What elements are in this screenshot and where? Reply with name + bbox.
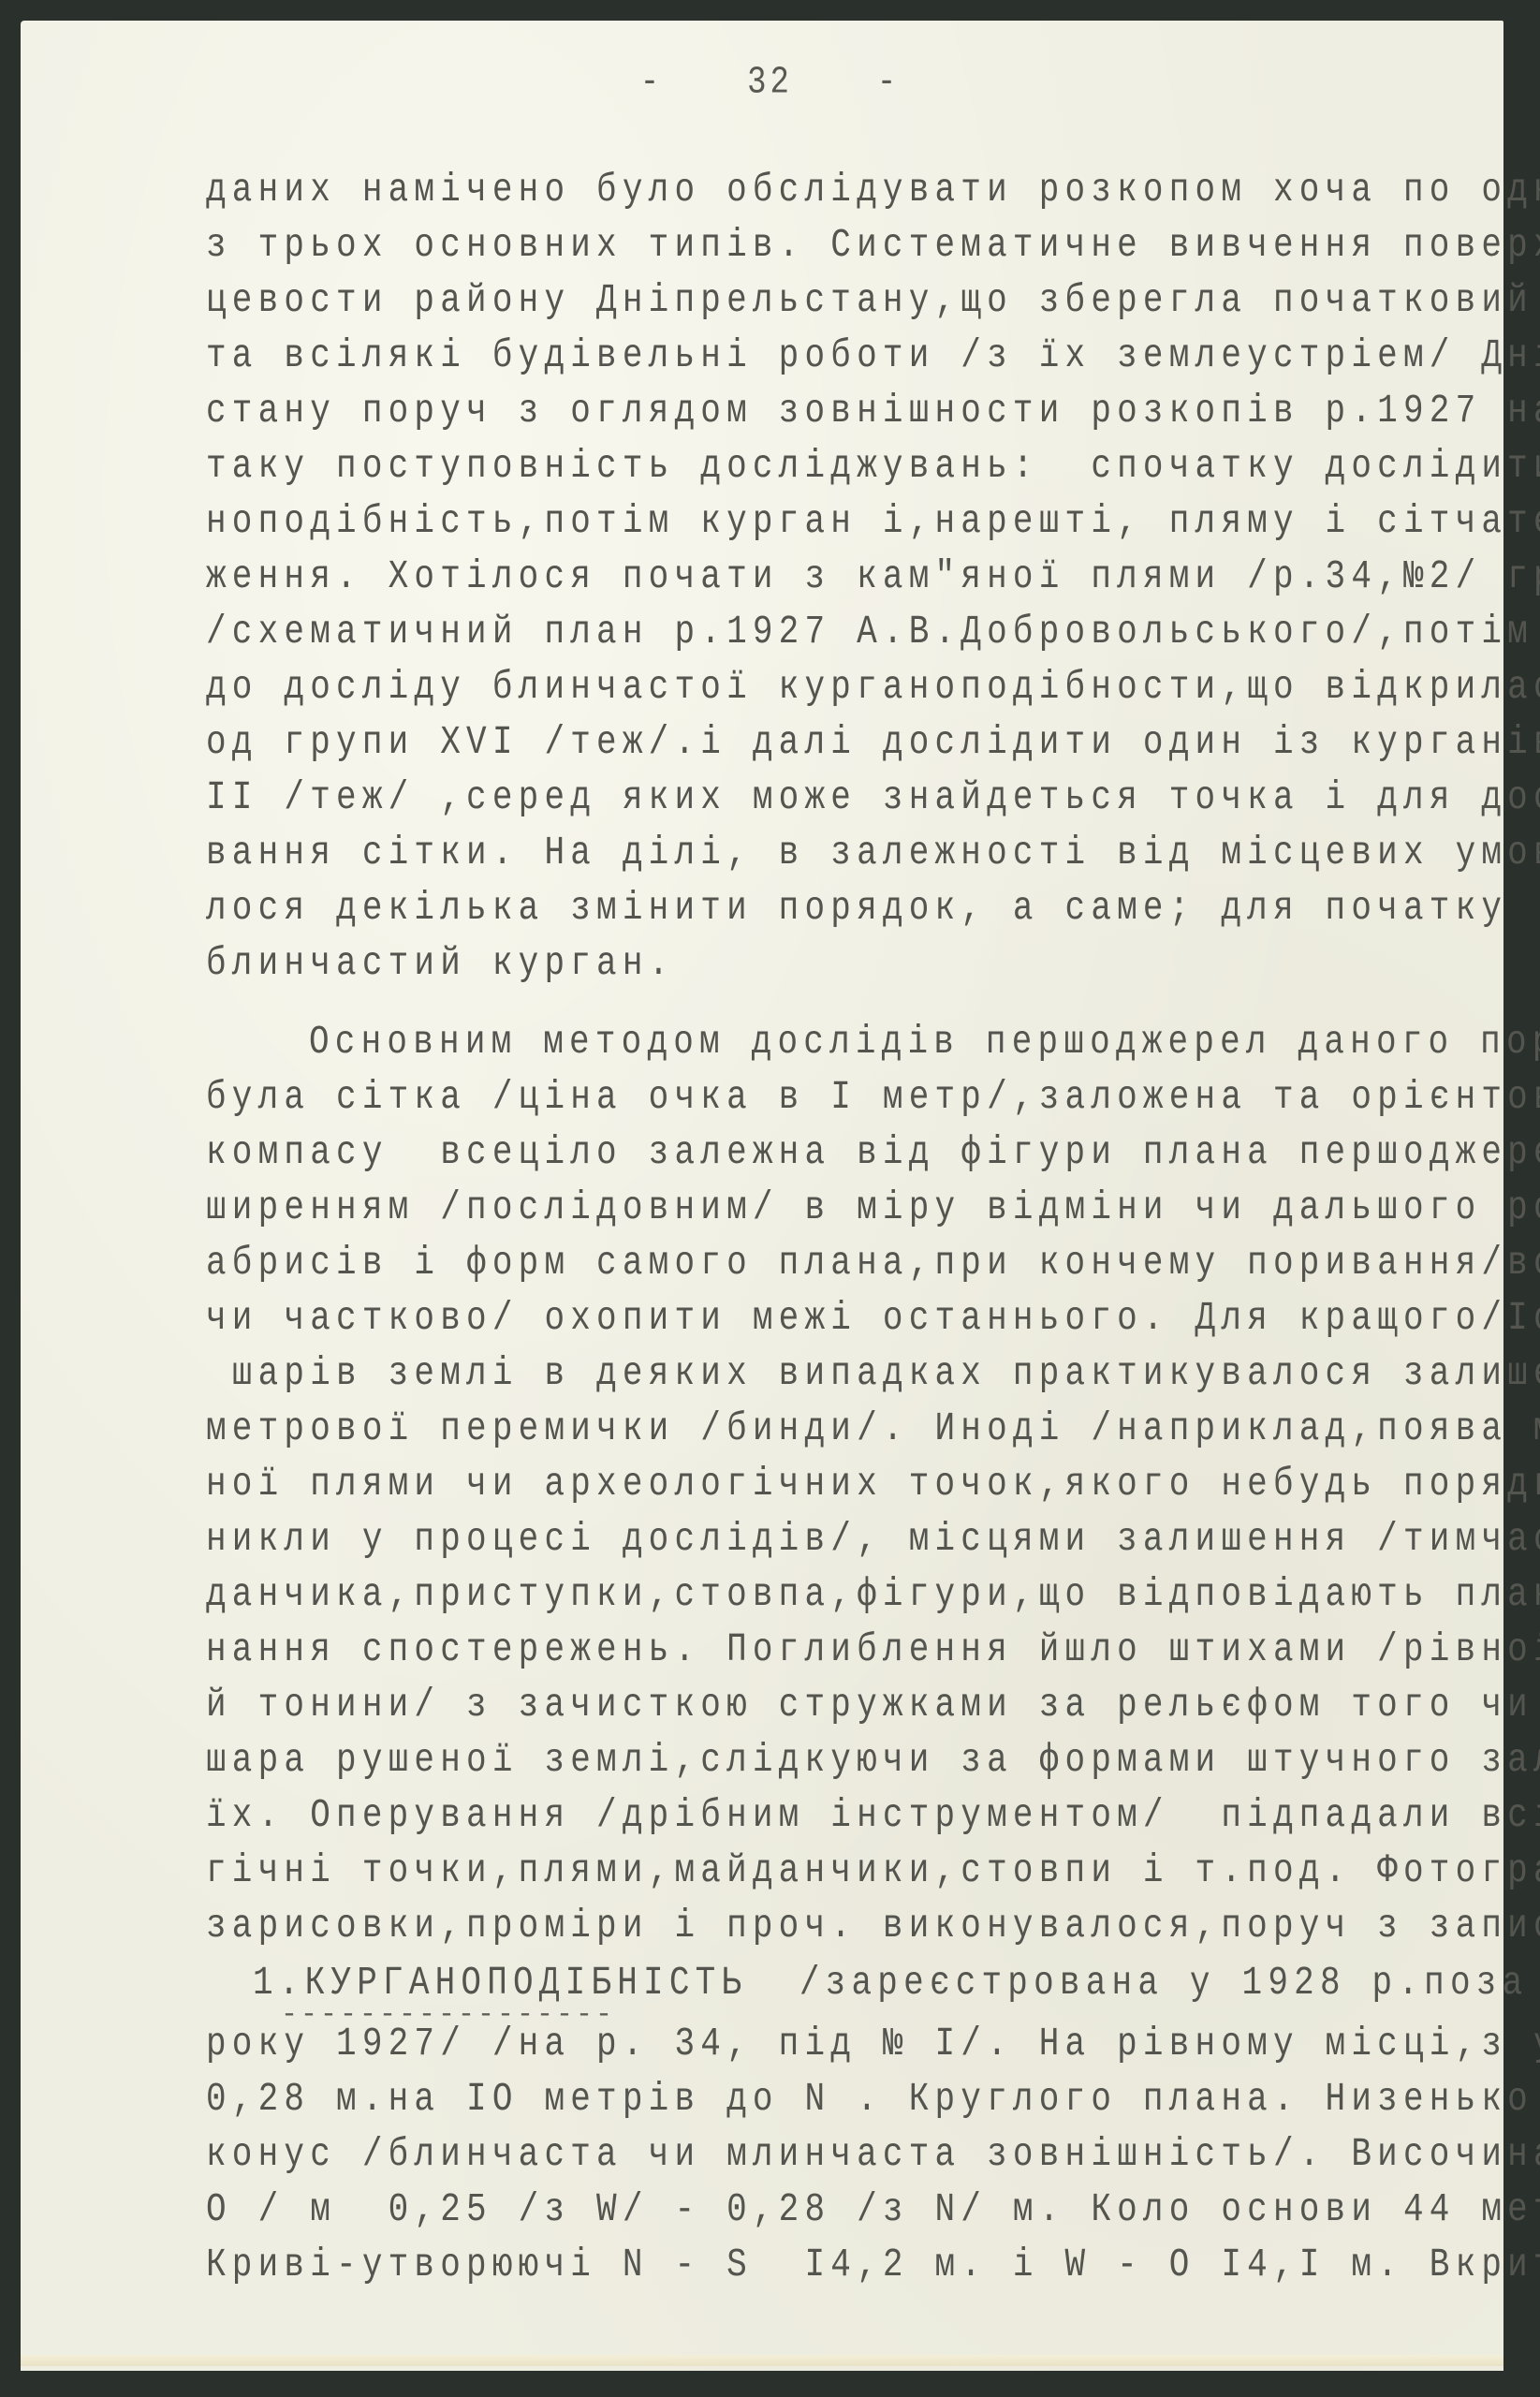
text-line: конус /блинчаста чи млинчаста зовнішніст… (206, 2133, 1540, 2177)
text-line: ноподібність,потім курган і,нарешті, пля… (206, 500, 1540, 544)
text-line: вання сітки. На ділі, в залежності від м… (206, 831, 1540, 875)
text-line: й тонини/ з зачисткою стружками за рельє… (206, 1684, 1540, 1728)
text-line: даних намічено було обслідувати розкопом… (206, 169, 1540, 213)
text-line: зарисовки,проміри і проч. виконувалося,п… (206, 1904, 1540, 1948)
text-line: данчика,приступки,стовпа,фігури,що відпо… (206, 1573, 1540, 1617)
text-line: ширенням /послідовним/ в міру відміни чи… (206, 1186, 1540, 1230)
text-line: ної плями чи археологічних точок,якого н… (206, 1463, 1540, 1507)
text-line: Криві-утворюючі N - S I4,2 м. і W - O I4… (206, 2243, 1540, 2287)
text-line: стану поруч з оглядом зовнішности розкоп… (206, 390, 1540, 434)
text-line: шара рушеної землі,слідкуючи за формами … (206, 1739, 1540, 1783)
text-line: таку поступовність досліджувань: спочатк… (206, 445, 1540, 489)
text-line: була сітка /ціна очка в I метр/,заложена… (206, 1076, 1540, 1120)
text-line: блинчастий курган. (206, 942, 674, 986)
text-line: метрової перемички /бинди/. Иноді /напри… (206, 1407, 1540, 1451)
text-line: ження. Хотілося почати з кам"яної плями … (206, 555, 1540, 599)
page-number-suffix: - (877, 62, 900, 105)
page-bottom-edge (21, 2355, 1503, 2366)
text-line: од групи XVI /теж/.і далі дослідити один… (206, 721, 1540, 765)
text-line: компасу всеціло залежна від фігури плана… (206, 1131, 1540, 1175)
text-line: O / м 0,25 /з W/ - 0,28 /з N/ м. Коло ос… (206, 2188, 1540, 2232)
text-line: нання спостережень. Поглиблення йшло шти… (206, 1628, 1540, 1672)
text-line: до досліду блинчастої курганоподібности,… (206, 666, 1540, 710)
text-line: 0,28 м.на IO метрів до N . Круглого план… (206, 2078, 1540, 2122)
text-line: /схематичний план р.1927 А.В.Добровольсь… (206, 610, 1540, 654)
page-number-prefix: - (640, 62, 663, 105)
text-line: II /теж/ ,серед яких може знайдеться точ… (206, 776, 1540, 820)
text-line: з трьох основних типів. Систематичне вив… (206, 224, 1540, 268)
text-line: лося декілька змінити порядок, а саме; д… (206, 887, 1540, 931)
text-line: шарів землі в деяких випадках практикува… (206, 1352, 1540, 1396)
text-line: цевости району Дніпрельстану,що зберегла… (206, 279, 1540, 323)
heading-underline: ----------------- (281, 1999, 615, 2031)
page-number: -32- (0, 62, 1540, 105)
text-line: їх. Оперування /дрібним інструментом/ пі… (206, 1794, 1540, 1838)
text-line: абрисів і форм самого плана,при кончему … (206, 1242, 1540, 1286)
text-line: чи частково/ охопити межі останнього. Дл… (206, 1297, 1540, 1341)
text-line: никли у процесі дослідів/, місцями залиш… (206, 1518, 1540, 1562)
text-line: гічні точки,плями,майданчики,стовпи і т.… (206, 1849, 1540, 1893)
text-line: Основним методом дослідів першоджерел да… (309, 1021, 1540, 1065)
text-line: та всілякі будівельні роботи /з їх земле… (206, 334, 1540, 378)
page-number-value: 32 (747, 62, 793, 105)
